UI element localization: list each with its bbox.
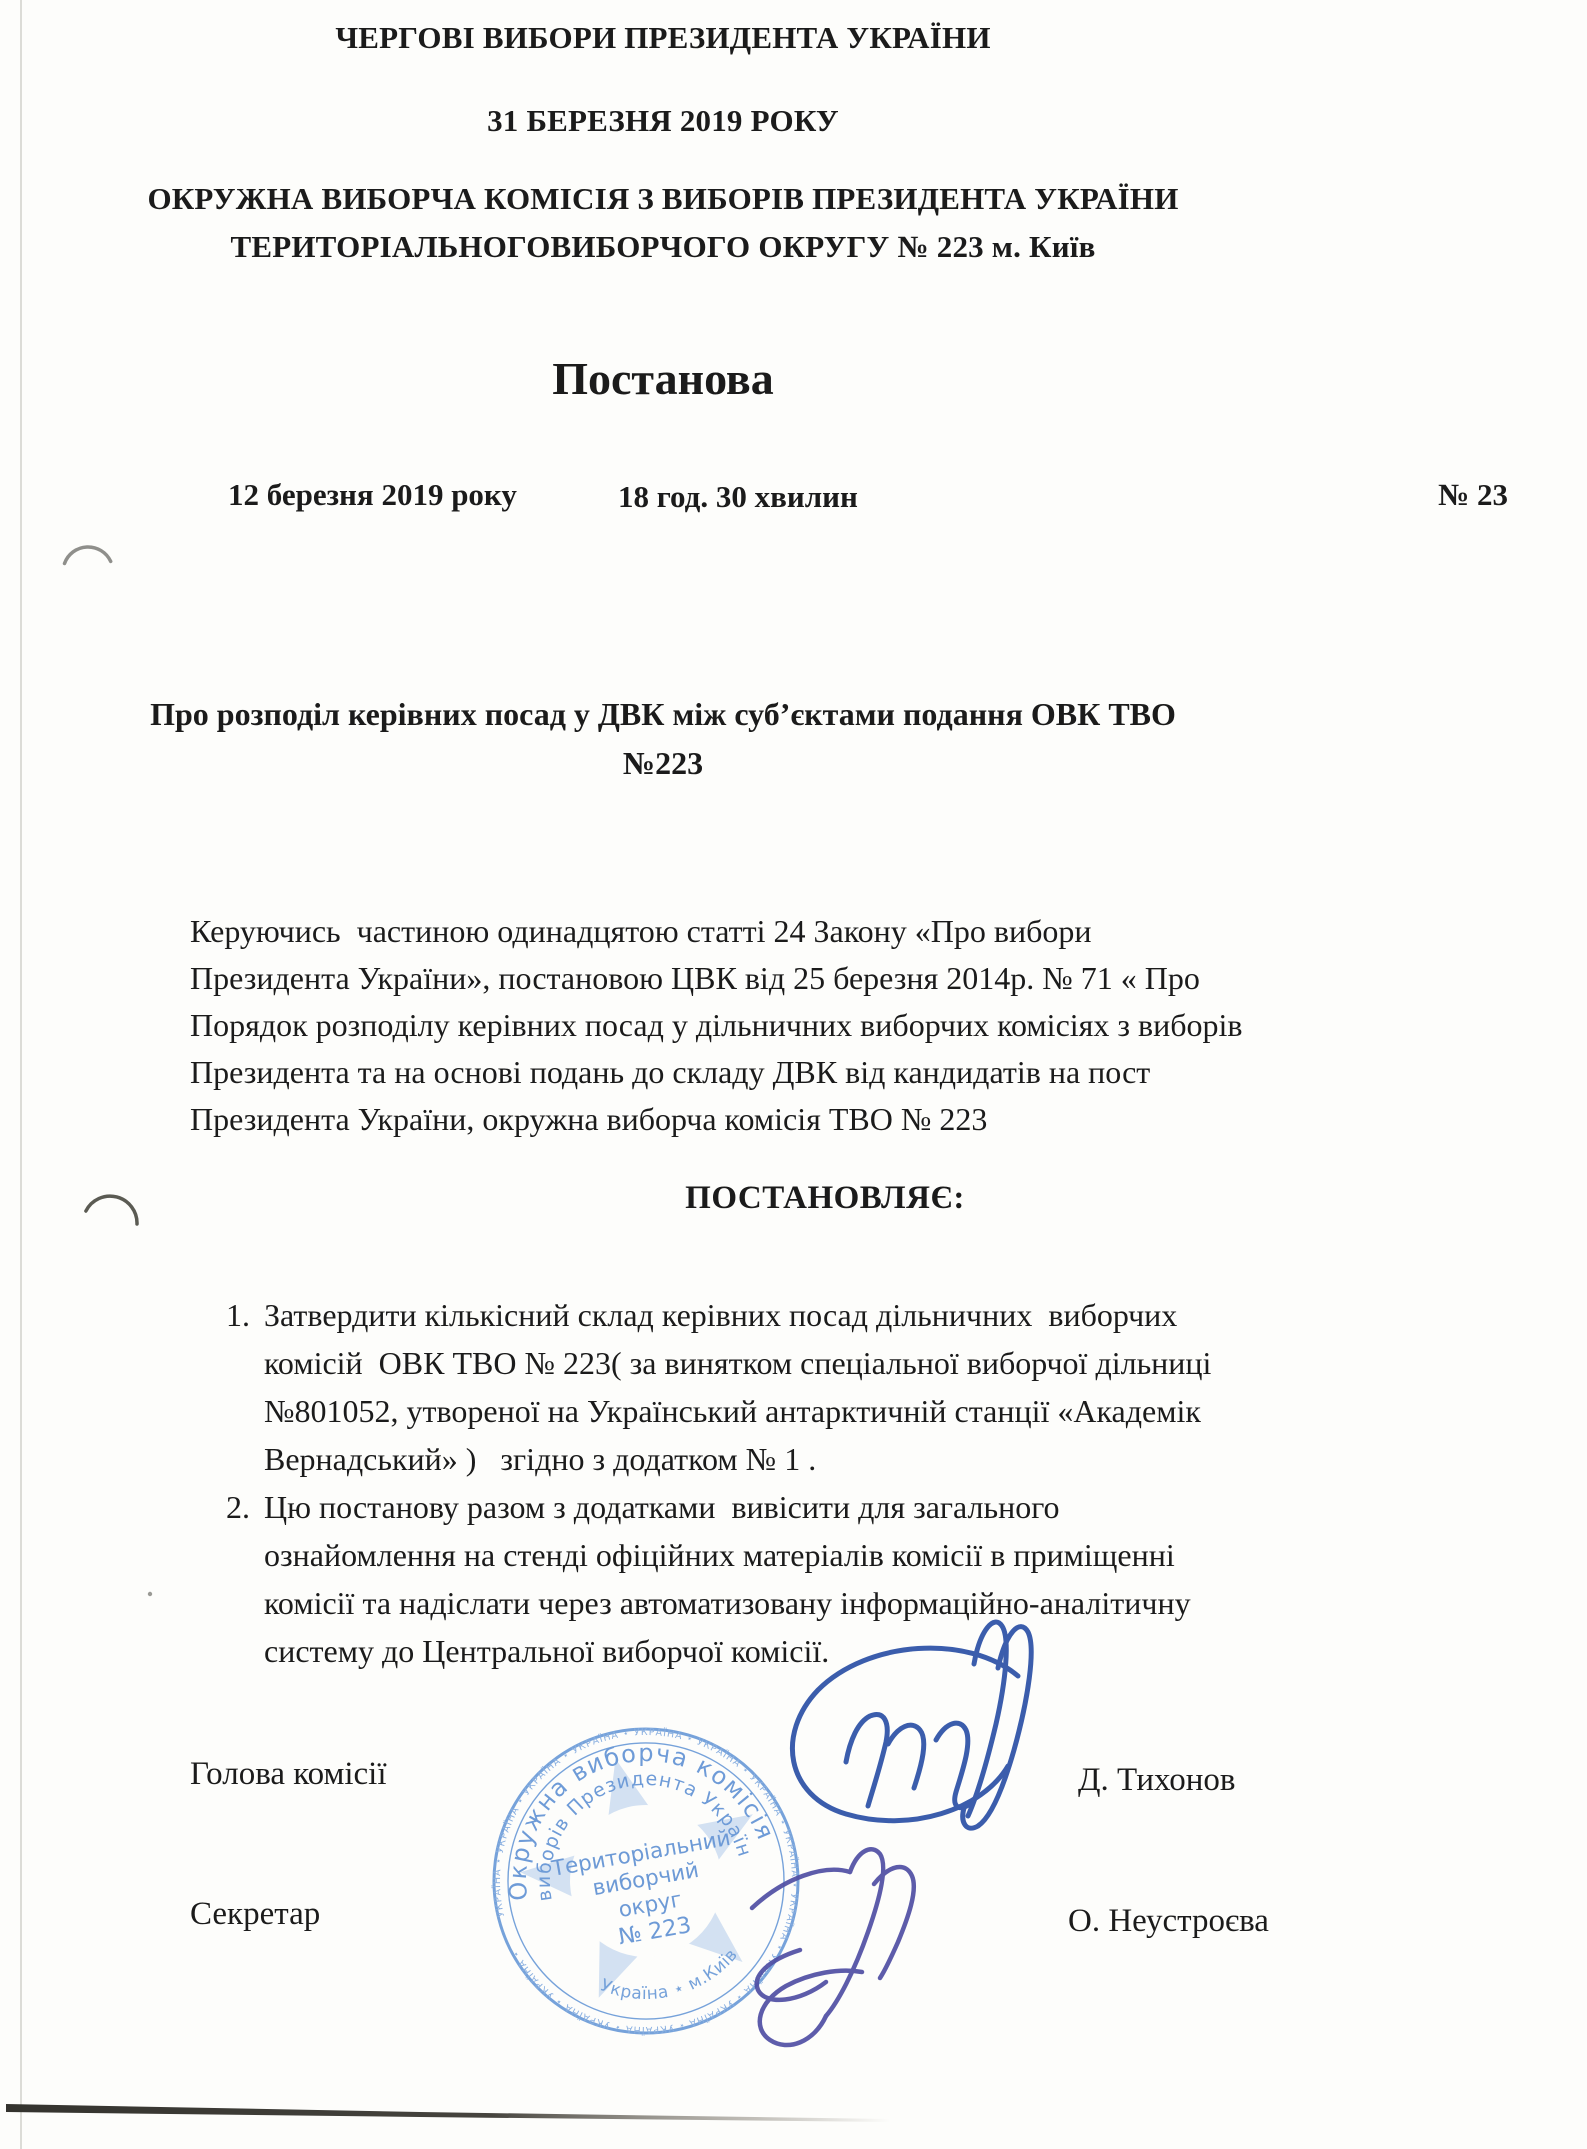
scan-bottom-edge — [6, 2104, 890, 2122]
document-title: Постанова — [0, 352, 1326, 405]
scanned-document-page: ЧЕРГОВІ ВИБОРИ ПРЕЗИДЕНТА УКРАЇНИ 31 БЕР… — [0, 0, 1587, 2149]
preamble-line: Президента України, окружна виборча комі… — [190, 1096, 1243, 1143]
resolves-heading: ПОСТАНОВЛЯЄ: — [190, 1180, 1460, 1217]
subject-line-1: Про розподіл керівних посад у ДВК між су… — [0, 690, 1326, 739]
preamble-line: Президента та на основі подань до складу… — [190, 1049, 1243, 1096]
list-item-1-number: 1. — [226, 1291, 250, 1339]
list-item-line: Цю постанову разом з додатками вивісити … — [264, 1483, 1191, 1531]
preamble-line: Президента України», постановою ЦВК від … — [190, 955, 1243, 1002]
scan-speck — [148, 1592, 152, 1596]
list-item-line: Затвердити кількісний склад керівних пос… — [264, 1291, 1211, 1339]
header-commission-line2: ТЕРИТОРІАЛЬНОГОВИБОРЧОГО ОКРУГУ № 223 м.… — [0, 229, 1326, 265]
list-item-2-number: 2. — [226, 1483, 250, 1531]
header-commission-line1: ОКРУЖНА ВИБОРЧА КОМІСІЯ З ВИБОРІВ ПРЕЗИД… — [0, 181, 1326, 217]
preamble-paragraph: Керуючись частиною одинадцятою статті 24… — [190, 908, 1243, 1143]
punch-hole-bottom — [86, 1196, 137, 1224]
list-item-line: комісії та надіслати через автоматизован… — [264, 1579, 1191, 1627]
punch-hole-top — [65, 547, 111, 564]
subject-line-2: №223 — [0, 739, 1326, 788]
preamble-line: Порядок розподілу керівних посад у дільн… — [190, 1002, 1243, 1049]
list-item-1: Затвердити кількісний склад керівних пос… — [264, 1291, 1211, 1483]
list-item-line: ознайомлення на стенді офіційних матеріа… — [264, 1531, 1191, 1579]
signature-role-secretary: Секретар — [190, 1896, 320, 1933]
preamble-line: Керуючись частиною одинадцятою статті 24… — [190, 908, 1243, 955]
header-election-title: ЧЕРГОВІ ВИБОРИ ПРЕЗИДЕНТА УКРАЇНИ — [0, 20, 1326, 56]
list-item-line: комісій ОВК ТВО № 223( за винятком спеці… — [264, 1339, 1211, 1387]
meta-date: 12 березня 2019 року — [228, 477, 517, 513]
round-stamp-seal: УКРАЇНА ⋆ УКРАЇНА ⋆ УКРАЇНА ⋆ УКРАЇНА ⋆ … — [473, 1708, 819, 2054]
list-item-2: Цю постанову разом з додатками вивісити … — [264, 1483, 1191, 1675]
signature-role-head: Голова комісії — [190, 1756, 387, 1793]
list-item-line: систему до Центральної виборчої комісії. — [264, 1627, 1191, 1675]
signature-name-head: Д. Тихонов — [1078, 1762, 1236, 1799]
subject-block: Про розподіл керівних посад у ДВК між су… — [0, 690, 1326, 788]
list-item-line: Вернадський» ) згідно з додатком № 1 . — [264, 1435, 1211, 1483]
signature-name-secretary: О. Неустроєва — [1068, 1903, 1269, 1940]
list-item-line: №801052, утвореної на Український антарк… — [264, 1387, 1211, 1435]
meta-time: 18 год. 30 хвилин — [618, 479, 858, 515]
meta-number: № 23 — [1330, 477, 1508, 513]
header-election-date: 31 БЕРЕЗНЯ 2019 РОКУ — [0, 103, 1326, 139]
